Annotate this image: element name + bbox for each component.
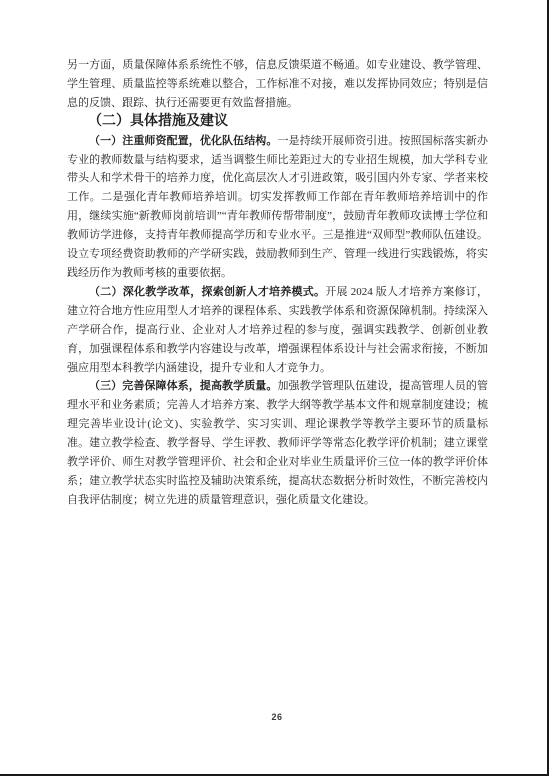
measure-paragraph-2: （二）深化教学改革，探索创新人才培养模式。开展 2024 版人才培养方案修订，建… <box>67 283 488 378</box>
page-body-text: 另一方面，质量保障体系系统性不够，信息反馈渠道不畅通。如专业建设、教学管理、学生… <box>67 56 488 510</box>
measure-1-lead: （一）注重师资配置，优化队伍结构。 <box>89 135 277 147</box>
section-heading-text: （二）具体措施及建议 <box>88 114 228 129</box>
measure-paragraph-3: （三）完善保障体系，提高教学质量。加强教学管理队伍建设，提高管理人员的管理水平和… <box>67 377 488 509</box>
measure-1-body: 一是持续开展师资引进。按照国标落实新办专业的教师数量与结构要求，适当调整生师比差… <box>67 135 488 279</box>
measure-2-body: 开展 2024 版人才培养方案修订，建立符合地方性应用型人才培养的课程体系、实践… <box>67 286 488 374</box>
scan-edge-bottom-line <box>0 774 549 776</box>
document-page: 另一方面，质量保障体系系统性不够，信息反馈渠道不畅通。如专业建设、教学管理、学生… <box>0 0 554 783</box>
measure-paragraph-1: （一）注重师资配置，优化队伍结构。一是持续开展师资引进。按照国标落实新办专业的教… <box>67 132 488 283</box>
section-heading: （二）具体措施及建议 <box>67 113 488 132</box>
intro-paragraph-text: 另一方面，质量保障体系系统性不够，信息反馈渠道不畅通。如专业建设、教学管理、学生… <box>67 59 488 109</box>
scan-edge-right-line <box>547 0 549 776</box>
measure-2-lead: （二）深化教学改革，探索创新人才培养模式。 <box>89 286 325 298</box>
measure-3-lead: （三）完善保障体系，提高教学质量。 <box>89 380 277 392</box>
measure-3-body: 加强教学管理队伍建设，提高管理人员的管理水平和业务素质；完善人才培养方案、教学大… <box>67 380 488 505</box>
page-number: 26 <box>0 712 554 722</box>
intro-paragraph: 另一方面，质量保障体系系统性不够，信息反馈渠道不畅通。如专业建设、教学管理、学生… <box>67 56 488 113</box>
